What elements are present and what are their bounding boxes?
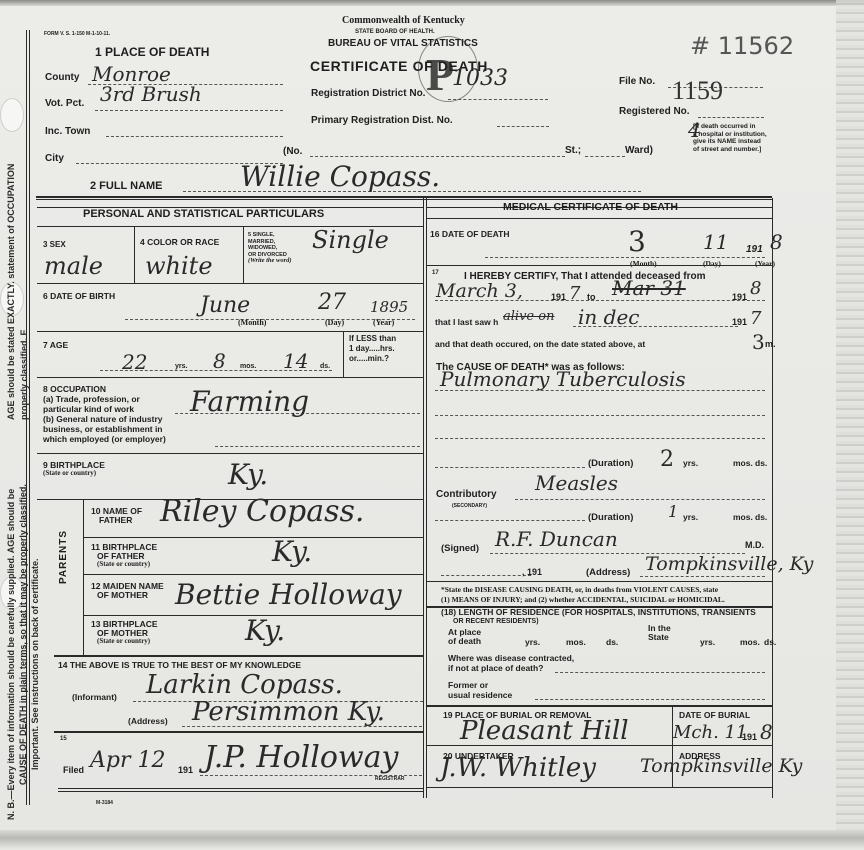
contributory-label: Contributory [436, 489, 497, 500]
case-number: # 11562 [690, 32, 794, 60]
printer-mark: M-3184 [96, 800, 113, 806]
dob-day-caption: (Day) [325, 318, 344, 327]
occupation-value: Farming [190, 385, 309, 418]
filed-date: Apr 12 [90, 748, 165, 773]
punch-hole-top [0, 98, 24, 132]
dob-month-caption: (Month) [238, 318, 266, 327]
paper-top-edge [0, 0, 864, 6]
dod-label: 16 DATE OF DEATH [430, 229, 510, 239]
primary-registration-label: Primary Registration Dist. No. [311, 115, 453, 126]
mother-name-label: 12 MAIDEN NAME OF MOTHER [91, 582, 164, 600]
age-label: 7 AGE [43, 340, 68, 350]
dod-month-caption: (Month) [630, 259, 657, 268]
contributory-sublabel: (SECONDARY) [452, 503, 487, 509]
dob-label: 6 DATE OF BIRTH [43, 291, 115, 301]
at-place-of-death-label: At place of death [448, 628, 481, 646]
right-border [772, 198, 773, 798]
attended-to-year-suffix: 8 [750, 278, 761, 299]
last-saw-value: in dec [578, 305, 639, 329]
medical-section-title: MEDICAL CERTIFICATE OF DEATH [503, 201, 678, 213]
cause-yrs-label: yrs. [683, 458, 698, 468]
paper-right-edge [836, 0, 864, 850]
md-label: M.D. [745, 540, 764, 550]
race-label: 4 COLOR OR RACE [140, 237, 219, 247]
dob-year: 1895 [370, 298, 408, 316]
sign-year-prefix: , 191 [522, 567, 542, 577]
registered-no-value: 4 [688, 118, 701, 142]
physician-address-value: Tompkinsville, Ky [645, 553, 813, 575]
death-time-value: 3 [752, 330, 765, 354]
left-border-line-2 [29, 30, 30, 805]
burial-date-label: DATE OF BURIAL [679, 710, 750, 720]
age-mos-label: mos. [240, 363, 256, 370]
last-saw-him-alive: alive on [503, 309, 554, 324]
death-time-text: and that death occured, on the date stat… [435, 339, 645, 349]
signed-label: (Signed) [441, 543, 479, 554]
certify-number: 17 [432, 270, 439, 276]
informant-label: (Informant) [72, 692, 117, 702]
full-name-label: 2 FULL NAME [90, 180, 163, 192]
street-number-label: (No. [283, 146, 302, 157]
age-days: 14 [283, 349, 308, 373]
signed-value: R.F. Duncan [495, 527, 618, 551]
father-name-value: Riley Copass. [160, 494, 364, 529]
dob-month: June [200, 293, 250, 318]
in-state-ds-label: ds. [764, 637, 776, 647]
cause-footnote: *State the DISEASE CAUSING DEATH, or, in… [441, 585, 725, 605]
last-saw-label: that I last saw h [435, 317, 498, 327]
dod-day-caption: (Day) [703, 259, 721, 268]
burial-year-prefix: 191 [742, 732, 757, 742]
mother-birthplace-label: 13 BIRTHPLACE OF MOTHER (State or countr… [91, 620, 158, 646]
dob-day: 27 [318, 290, 346, 315]
vot-pct-label: Vot. Pct. [45, 98, 84, 109]
parents-section-label: PARENTS [58, 530, 69, 584]
registrar-signature: J.P. Holloway [204, 740, 398, 775]
cause-duration-label: (Duration) [588, 458, 633, 469]
filed-label: Filed [63, 765, 84, 775]
registered-no-label: Registered No. [619, 106, 690, 117]
filing-number: 15 [60, 736, 67, 742]
dod-day: 11 [703, 230, 728, 254]
registrar-label: REGISTRAR [375, 776, 404, 782]
mother-birthplace-value: Ky. [245, 614, 285, 647]
file-no-label: File No. [619, 76, 655, 87]
former-residence-label: Former or usual residence [448, 680, 512, 700]
margin-note-lower-1: N. B.—Every item of information should b… [6, 489, 16, 820]
attended-from-year-suffix: 7 [569, 283, 580, 304]
age-months: 8 [213, 349, 226, 373]
at-place-yrs-label: yrs. [525, 637, 540, 647]
age-yrs-label: yrs. [175, 363, 187, 370]
registration-district-value: 1033 [452, 66, 508, 91]
less-than-day-label: If LESS than 1 day.....hrs. or.....min.? [349, 334, 396, 364]
cause-ds-label: ds. [755, 458, 767, 468]
attended-from-year-prefix: 191 [551, 292, 566, 302]
contributory-ds-label: ds. [755, 512, 767, 522]
at-place-ds-label: ds. [606, 637, 618, 647]
undertaker-address-value: Tompkinsville Ky [640, 755, 802, 777]
margin-note-upper-2: properly classified. E [19, 329, 29, 420]
race-value: white [145, 252, 213, 280]
contributory-value: Measles [535, 471, 618, 495]
father-birthplace-label: 11 BIRTHPLACE OF FATHER (State or countr… [91, 543, 157, 569]
in-state-mos-label: mos. [740, 637, 760, 647]
filed-year-prefix: 191 [178, 765, 193, 775]
marital-label: 5 SINGLE, MARRIED, WIDOWED, OR DIVORCED … [248, 232, 292, 265]
street-label: St.; [565, 145, 581, 156]
ward-label: Ward) [625, 145, 653, 156]
form-number: FORM V. S. 1-150 M-1-10-11. [44, 31, 110, 37]
contributory-mos-label: mos. [733, 512, 753, 522]
dod-year-caption: (Year) [755, 259, 775, 268]
contributory-yrs-label: yrs. [683, 512, 698, 522]
occupation-label: 8 OCCUPATION (a) Trade, profession, or p… [43, 384, 166, 444]
sex-value: male [44, 252, 103, 280]
in-state-label: In the State [648, 624, 671, 642]
at-place-mos-label: mos. [566, 637, 586, 647]
informant-statement: 14 THE ABOVE IS TRUE TO THE BEST OF MY K… [58, 660, 301, 670]
left-border-line [26, 30, 27, 805]
dod-year-prefix: 191 [746, 244, 763, 255]
last-saw-year-prefix: 191 [732, 317, 747, 327]
mother-name-value: Bettie Holloway [175, 578, 402, 611]
sex-label: 3 SEX [43, 240, 66, 249]
registration-district-label: Registration District No. [311, 88, 425, 99]
cause-duration-years: 2 [660, 447, 674, 472]
county-label: County [45, 72, 79, 83]
cause-value: Pulmonary Tuberculosis [440, 367, 686, 391]
dob-year-caption: (Year) [373, 318, 394, 327]
death-time-suffix: m. [765, 339, 776, 349]
center-divider [423, 198, 424, 798]
margin-note-upper: AGE should be stated EXACTLY. statement … [6, 164, 16, 420]
burial-place-value: Pleasant Hill [460, 716, 629, 746]
personal-section-title: PERSONAL AND STATISTICAL PARTICULARS [83, 208, 324, 220]
informant-address-label: (Address) [128, 716, 168, 726]
attended-to-year-prefix: 191 [732, 292, 747, 302]
death-certificate: AGE should be stated EXACTLY. statement … [0, 0, 864, 850]
father-birthplace-value: Ky. [272, 535, 312, 568]
place-of-death-label: 1 PLACE OF DEATH [95, 45, 209, 59]
hospital-note: [If death occurred in a hospital or inst… [693, 123, 767, 153]
burial-year-suffix: 8 [760, 720, 773, 744]
informant-value: Larkin Copass. [146, 670, 343, 700]
file-no-value: 1159 [672, 76, 723, 106]
birthplace-label: 9 BIRTHPLACE (State or country) [43, 461, 105, 477]
stamp-letter: P [426, 48, 454, 101]
father-name-label: 10 NAME OF FATHER [91, 507, 142, 525]
attended-from: March 3, [436, 280, 523, 302]
paper-bottom-edge [0, 830, 864, 850]
birthplace-value: Ky. [228, 458, 268, 491]
vot-pct-value: 3rd Brush [100, 82, 202, 106]
in-state-yrs-label: yrs. [700, 637, 715, 647]
dod-month: 3 [628, 225, 646, 258]
age-ds-label: ds. [320, 363, 330, 370]
contributory-duration-years: 1 [668, 502, 678, 521]
age-years: 22 [122, 350, 147, 374]
cause-mos-label: mos. [733, 458, 753, 468]
last-saw-year-suffix: 7 [750, 308, 761, 329]
marital-value: Single [312, 226, 389, 254]
contributory-duration-label: (Duration) [588, 512, 633, 523]
margin-note-lower-3: Important. See instructions on back of c… [30, 558, 40, 770]
header-board: STATE BOARD OF HEALTH. [355, 29, 435, 35]
attended-to: Mar 31 [612, 276, 686, 300]
dod-year-suffix: 8 [770, 230, 783, 254]
undertaker-value: J.W. Whitley [440, 753, 596, 783]
to-label: to [587, 292, 596, 302]
inc-town-label: Inc. Town [45, 126, 90, 137]
city-label: City [45, 153, 64, 164]
disease-contracted-label: Where was disease contracted, if not at … [448, 653, 574, 673]
informant-address-value: Persimmon Ky. [192, 697, 385, 727]
full-name-value: Willie Copass. [240, 160, 440, 193]
burial-date-value: Mch. 11 [673, 722, 747, 743]
residence-label: (18) LENGTH OF RESIDENCE (FOR HOSPITALS,… [441, 608, 756, 626]
header-commonwealth: Commonwealth of Kentucky [342, 15, 465, 26]
physician-address-label: (Address) [586, 567, 630, 578]
